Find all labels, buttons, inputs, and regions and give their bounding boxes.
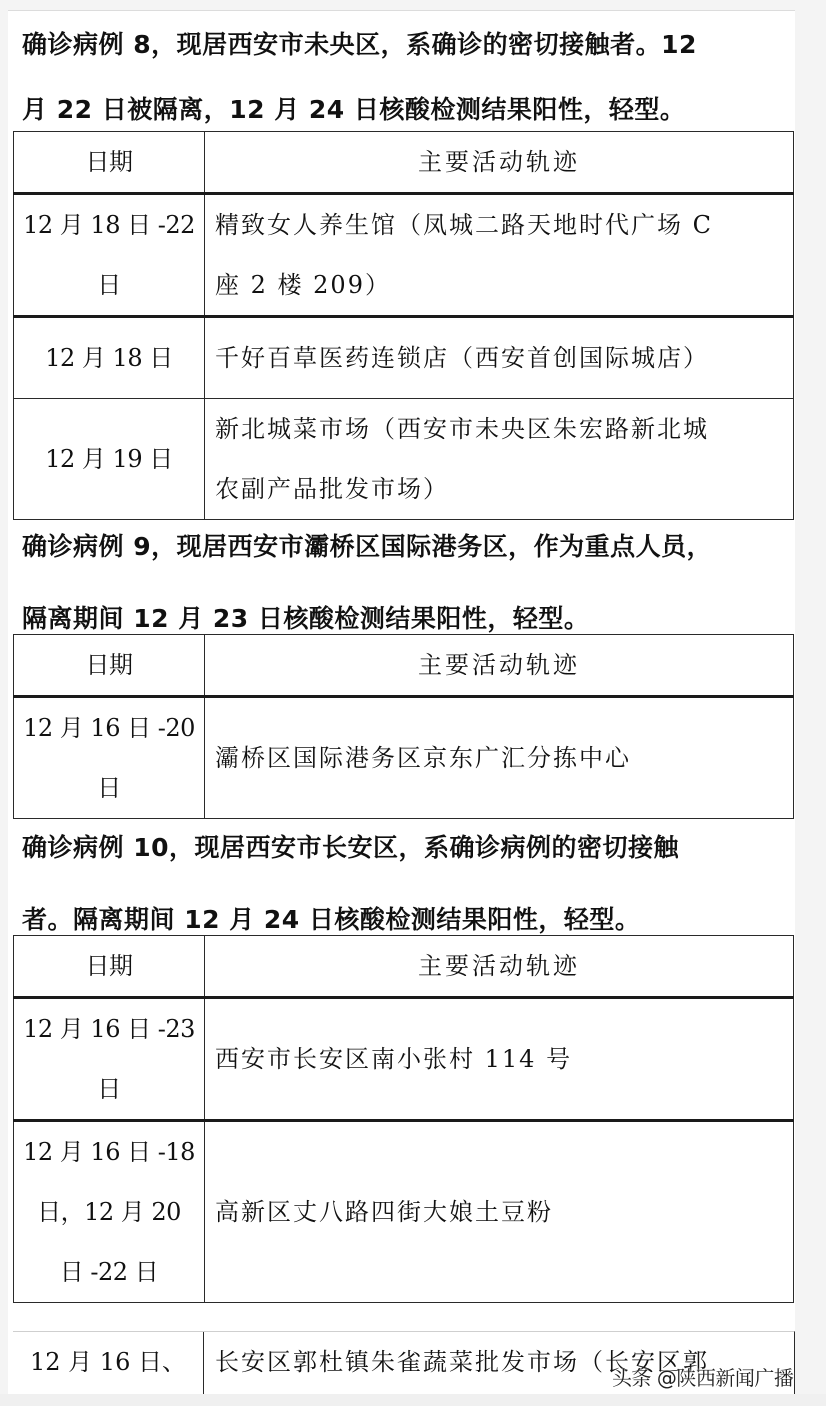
watermark-label: 头条 @陕西新闻广播 xyxy=(612,1362,793,1391)
row-date: 12 月 19 日 xyxy=(14,399,205,520)
case-9-header-line-1: 确诊病例 9，现居西安市灞桥区国际港务区，作为重点人员， xyxy=(22,532,792,562)
row-date-line: 日 -22 日 xyxy=(14,1242,204,1302)
row-date-line: 12 月 16 日 -18 xyxy=(14,1122,204,1182)
row-place-line: 座 2 楼 209） xyxy=(215,255,793,315)
column-header-date: 日期 xyxy=(14,635,205,697)
row-place-line: 精致女人养生馆（凤城二路天地时代广场 C xyxy=(215,195,793,255)
row-place: 精致女人养生馆（凤城二路天地时代广场 C 座 2 楼 209） xyxy=(205,194,794,317)
table-header-row: 日期 主要活动轨迹 xyxy=(14,132,794,194)
case-10-header: 确诊病例 10，现居西安市长安区，系确诊病例的密切接触 者。隔离期间 12 月 … xyxy=(22,833,792,935)
case-9-header-line-2: 隔离期间 12 月 23 日核酸检测结果阳性，轻型。 xyxy=(22,604,792,634)
table-row: 12 月 19 日 新北城菜市场（西安市未央区朱宏路新北城 农副产品批发市场） xyxy=(14,399,794,520)
row-place: 灞桥区国际港务区京东广汇分拣中心 xyxy=(205,697,794,819)
row-date-line: 12 月 16 日 -20 xyxy=(14,698,204,758)
column-header-track: 主要活动轨迹 xyxy=(205,132,794,194)
bottom-band xyxy=(0,1394,826,1406)
table-row: 12 月 18 日 -22 日 精致女人养生馆（凤城二路天地时代广场 C 座 2… xyxy=(14,194,794,317)
top-divider xyxy=(8,10,795,11)
table-row: 12 月 16 日 -18 日，12 月 20 日 -22 日 高新区丈八路四街… xyxy=(14,1121,794,1303)
row-date: 12 月 16 日 -23 日 xyxy=(14,998,205,1121)
row-date: 12 月 16 日 -20 日 xyxy=(14,697,205,819)
row-place-line: 新北城菜市场（西安市未央区朱宏路新北城 xyxy=(215,399,793,459)
row-place-line: 农副产品批发市场） xyxy=(215,459,793,519)
column-header-track: 主要活动轨迹 xyxy=(205,635,794,697)
row-place: 西安市长安区南小张村 114 号 xyxy=(205,998,794,1121)
row-date-line: 日 xyxy=(14,758,204,818)
case-9-header: 确诊病例 9，现居西安市灞桥区国际港务区，作为重点人员， 隔离期间 12 月 2… xyxy=(22,532,792,634)
row-date: 12 月 18 日 xyxy=(14,317,205,399)
case-8-table: 日期 主要活动轨迹 12 月 18 日 -22 日 精致女人养生馆（凤城二路天地… xyxy=(13,131,794,520)
case-9-table: 日期 主要活动轨迹 12 月 16 日 -20 日 灞桥区国际港务区京东广汇分拣… xyxy=(13,634,794,819)
row-date: 12 月 16 日 -18 日，12 月 20 日 -22 日 xyxy=(14,1121,205,1303)
case-8-header-line-1: 确诊病例 8，现居西安市未央区，系确诊的密切接触者。12 xyxy=(22,30,792,60)
row-place: 高新区丈八路四街大娘土豆粉 xyxy=(205,1121,794,1303)
row-place: 千好百草医药连锁店（西安首创国际城店） xyxy=(205,317,794,399)
row-date: 12 月 16 日、 xyxy=(13,1332,204,1395)
case-8-header: 确诊病例 8，现居西安市未央区，系确诊的密切接触者。12 月 22 日被隔离，1… xyxy=(22,30,792,125)
case-10-table: 日期 主要活动轨迹 12 月 16 日 -23 日 西安市长安区南小张村 114… xyxy=(13,935,794,1303)
table-row: 12 月 16 日 -23 日 西安市长安区南小张村 114 号 xyxy=(14,998,794,1121)
row-place: 新北城菜市场（西安市未央区朱宏路新北城 农副产品批发市场） xyxy=(205,399,794,520)
row-date: 12 月 18 日 -22 日 xyxy=(14,194,205,317)
table-header-row: 日期 主要活动轨迹 xyxy=(14,936,794,998)
case-10-header-line-1: 确诊病例 10，现居西安市长安区，系确诊病例的密切接触 xyxy=(22,833,792,863)
row-date-line: 日 xyxy=(14,255,204,315)
case-8-header-line-2: 月 22 日被隔离，12 月 24 日核酸检测结果阳性，轻型。 xyxy=(22,95,792,125)
row-date-line: 12 月 16 日 -23 xyxy=(14,999,204,1059)
column-header-track: 主要活动轨迹 xyxy=(205,936,794,998)
table-row: 12 月 16 日 -20 日 灞桥区国际港务区京东广汇分拣中心 xyxy=(14,697,794,819)
column-header-date: 日期 xyxy=(14,132,205,194)
table-header-row: 日期 主要活动轨迹 xyxy=(14,635,794,697)
row-date-line: 12 月 18 日 -22 xyxy=(14,195,204,255)
row-date-line: 日 xyxy=(14,1059,204,1119)
case-10-header-line-2: 者。隔离期间 12 月 24 日核酸检测结果阳性，轻型。 xyxy=(22,905,792,935)
column-header-date: 日期 xyxy=(14,936,205,998)
row-date-line: 日，12 月 20 xyxy=(14,1182,204,1242)
table-row: 12 月 18 日 千好百草医药连锁店（西安首创国际城店） xyxy=(14,317,794,399)
